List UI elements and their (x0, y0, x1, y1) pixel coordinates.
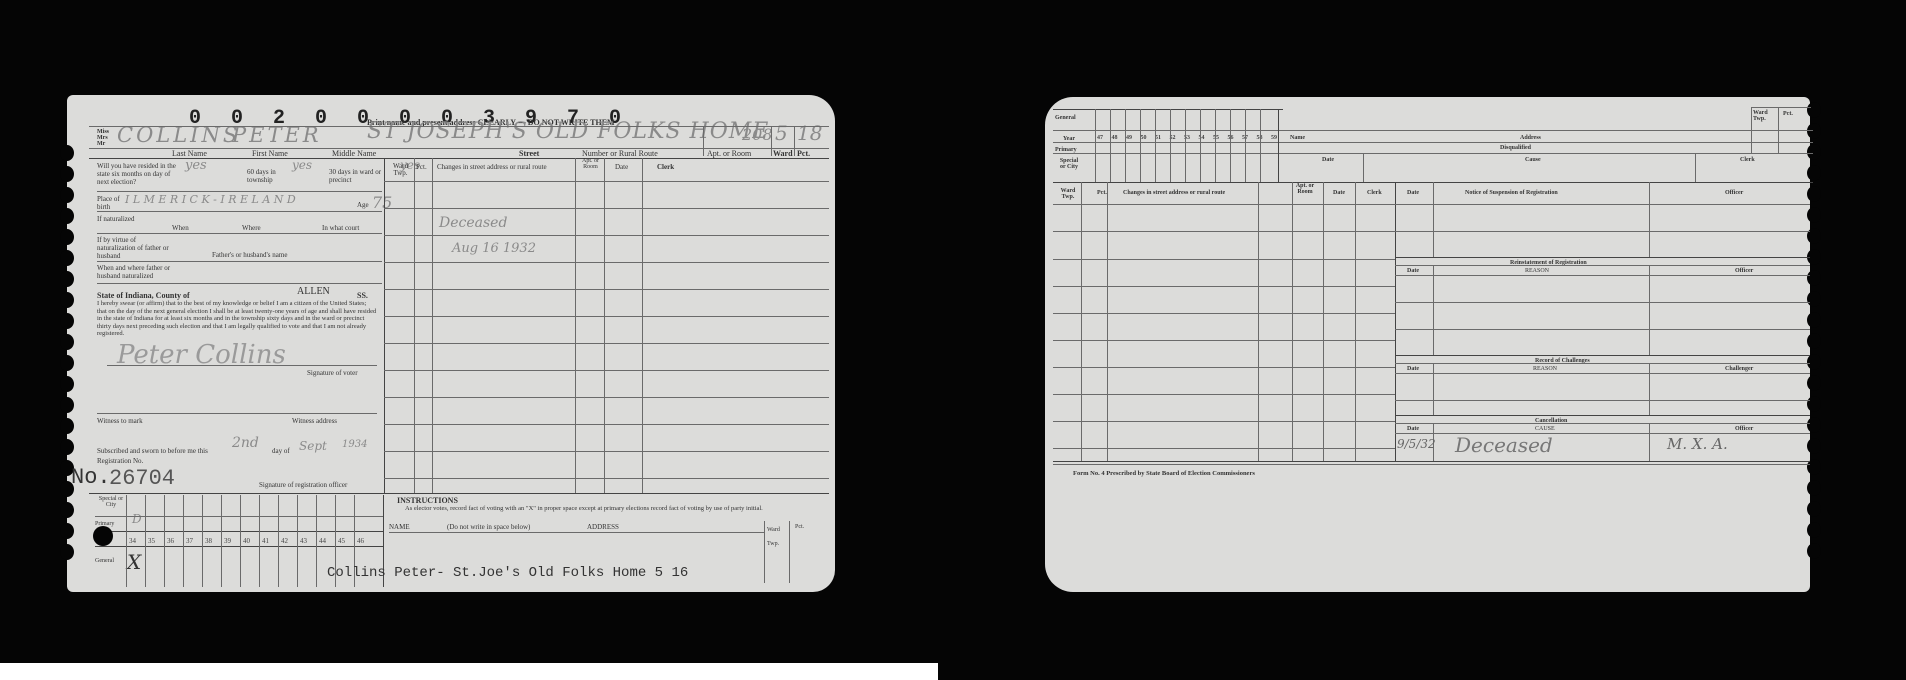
form-footer: Form No. 4 Prescribed by State Board of … (1073, 469, 1255, 478)
naturalized-when-label: When (172, 224, 189, 233)
ward-value: 5 (775, 121, 788, 145)
registration-card-back: General Year Primary Special or City 47 … (1045, 97, 1810, 592)
birth-label: Place of birth (97, 195, 127, 211)
grid-row-general: General (1055, 114, 1076, 123)
pct-value: 18 (797, 121, 822, 145)
voter-signature-label: Signature of voter (307, 369, 358, 378)
witness-mark-label: Witness to mark (97, 417, 143, 426)
col-date: Date (1333, 189, 1345, 198)
residency-state-value: yes (185, 158, 207, 173)
col-pct: Pct. (416, 163, 427, 172)
age-label: Age (357, 201, 369, 210)
typed-index-line: Collins Peter- St.Joe's Old Folks Home 5… (327, 565, 688, 581)
name-label: Name (1290, 134, 1305, 143)
residency-state-label: Will you have resided in the state six m… (97, 162, 177, 186)
residency-township-value: yes (292, 158, 312, 172)
bottom-ward-label: Ward Twp. (767, 523, 785, 551)
pct-label: Pct. (797, 149, 810, 158)
oath-ss: SS. (357, 291, 368, 300)
age-value: 75 (372, 193, 392, 212)
suspension-date-label: Date (1407, 189, 1419, 198)
registration-card-front: 0 0 2 0 0 0 0 3 9 7 0 Print name and pre… (67, 95, 835, 592)
change-note-deceased: Deceased (439, 215, 507, 231)
oath-county-value: ALLEN (297, 287, 330, 296)
bottom-white-strip (0, 663, 938, 680)
naturalized-where-label: Where (242, 224, 261, 233)
grid-row-special: Special or City (95, 496, 127, 508)
change-note-date: Aug 16 1932 (452, 241, 536, 256)
col-clerk: Clerk (1367, 189, 1382, 198)
oath-state-county: State of Indiana, County of (97, 291, 190, 300)
card-edge-notches (60, 145, 70, 592)
father-husband-name-label: Father's or husband's name (212, 251, 287, 260)
instructions-title: INSTRUCTIONS (397, 496, 458, 505)
cancellation-officer-value: M. X. A. (1667, 435, 1728, 453)
naturalized-court-label: In what court (322, 224, 359, 233)
general-mark: X (127, 550, 141, 574)
residency-township-label: 60 days in township (247, 168, 297, 184)
birth-value: I L M E R I C K - I R E L A N D (125, 193, 296, 206)
registration-no-prefix: No. (71, 465, 111, 490)
name-label: NAME (389, 523, 410, 532)
cancellation-cause-value: Deceased (1455, 433, 1553, 457)
card-edge-notches (1807, 102, 1817, 592)
col-date: Date (615, 163, 628, 172)
address-label: ADDRESS (587, 523, 619, 532)
grid-row-special: Special or City (1057, 158, 1081, 170)
do-not-write-label: (Do not write in space below) (447, 523, 530, 532)
number-label: Number or Rural Route (582, 149, 658, 158)
grid-row-general: General (95, 557, 114, 566)
col-ward-twp: Ward Twp. (388, 163, 413, 177)
oath-text: I hereby swear (or affirm) that to the b… (97, 300, 377, 338)
naturalized-label: If naturalized (97, 215, 147, 223)
primary-mark: D (132, 512, 142, 526)
top-pct-label: Pct. (1783, 110, 1793, 119)
col-ward-twp: Ward Twp. (1057, 188, 1079, 200)
col-changes: Changes in street address or rural route (437, 163, 547, 172)
street-label: Street (519, 149, 539, 158)
when-where-label: When and where father or husband natural… (97, 264, 177, 280)
subscribed-day: 2nd (232, 435, 259, 451)
street-value: ST JOSEPH'S OLD FOLKS HOME (367, 119, 769, 144)
suspension-officer-label: Officer (1725, 189, 1743, 198)
subscribed-month: Sept (299, 439, 327, 453)
col-changes: Changes in street address or rural route (1123, 189, 1225, 198)
disqualified-label: Disqualified (1500, 144, 1531, 153)
apt-value: 208 (742, 125, 773, 144)
year-cells: 34 35 36 37 38 39 40 41 42 43 44 45 46 (129, 537, 376, 545)
registration-officer-label: Signature of registration officer (259, 481, 347, 490)
subscribed-day-label: day of (272, 447, 290, 456)
salutation: MissMrsMr (97, 129, 109, 147)
witness-address-label: Witness address (292, 417, 337, 426)
instructions-text: As elector votes, record fact of voting … (405, 505, 805, 512)
disq-clerk-label: Clerk (1740, 156, 1755, 165)
subscribed-label: Subscribed and sworn to before me this (97, 447, 208, 456)
bottom-pct-label: Pct. (795, 523, 804, 532)
col-apt: Apt. or Room (1295, 183, 1315, 195)
middle-name-label: Middle Name (332, 149, 376, 158)
col-pct: Pct. (1097, 189, 1107, 198)
punch-hole (93, 526, 113, 546)
col-clerk: Clerk (657, 163, 674, 172)
virtue-label: If by virtue of naturalization of father… (97, 236, 172, 260)
suspension-title: Notice of Suspension of Registration (1465, 189, 1558, 198)
col-apt: Apt. or Room (578, 158, 603, 170)
registration-number: 26704 (109, 466, 175, 491)
subscribed-year: 1934 (342, 439, 367, 450)
cancellation-date-value: 9/5/32 (1397, 437, 1436, 451)
top-ward-label: Ward Twp. (1753, 110, 1773, 122)
apt-label: Apt. or Room (707, 149, 751, 158)
first-name-label: First Name (252, 149, 288, 158)
disq-date-label: Date (1322, 156, 1334, 165)
disq-cause-label: Cause (1525, 156, 1541, 165)
last-name-label: Last Name (172, 149, 207, 158)
address-label: Address (1520, 134, 1541, 143)
ward-label: Ward (773, 149, 793, 158)
